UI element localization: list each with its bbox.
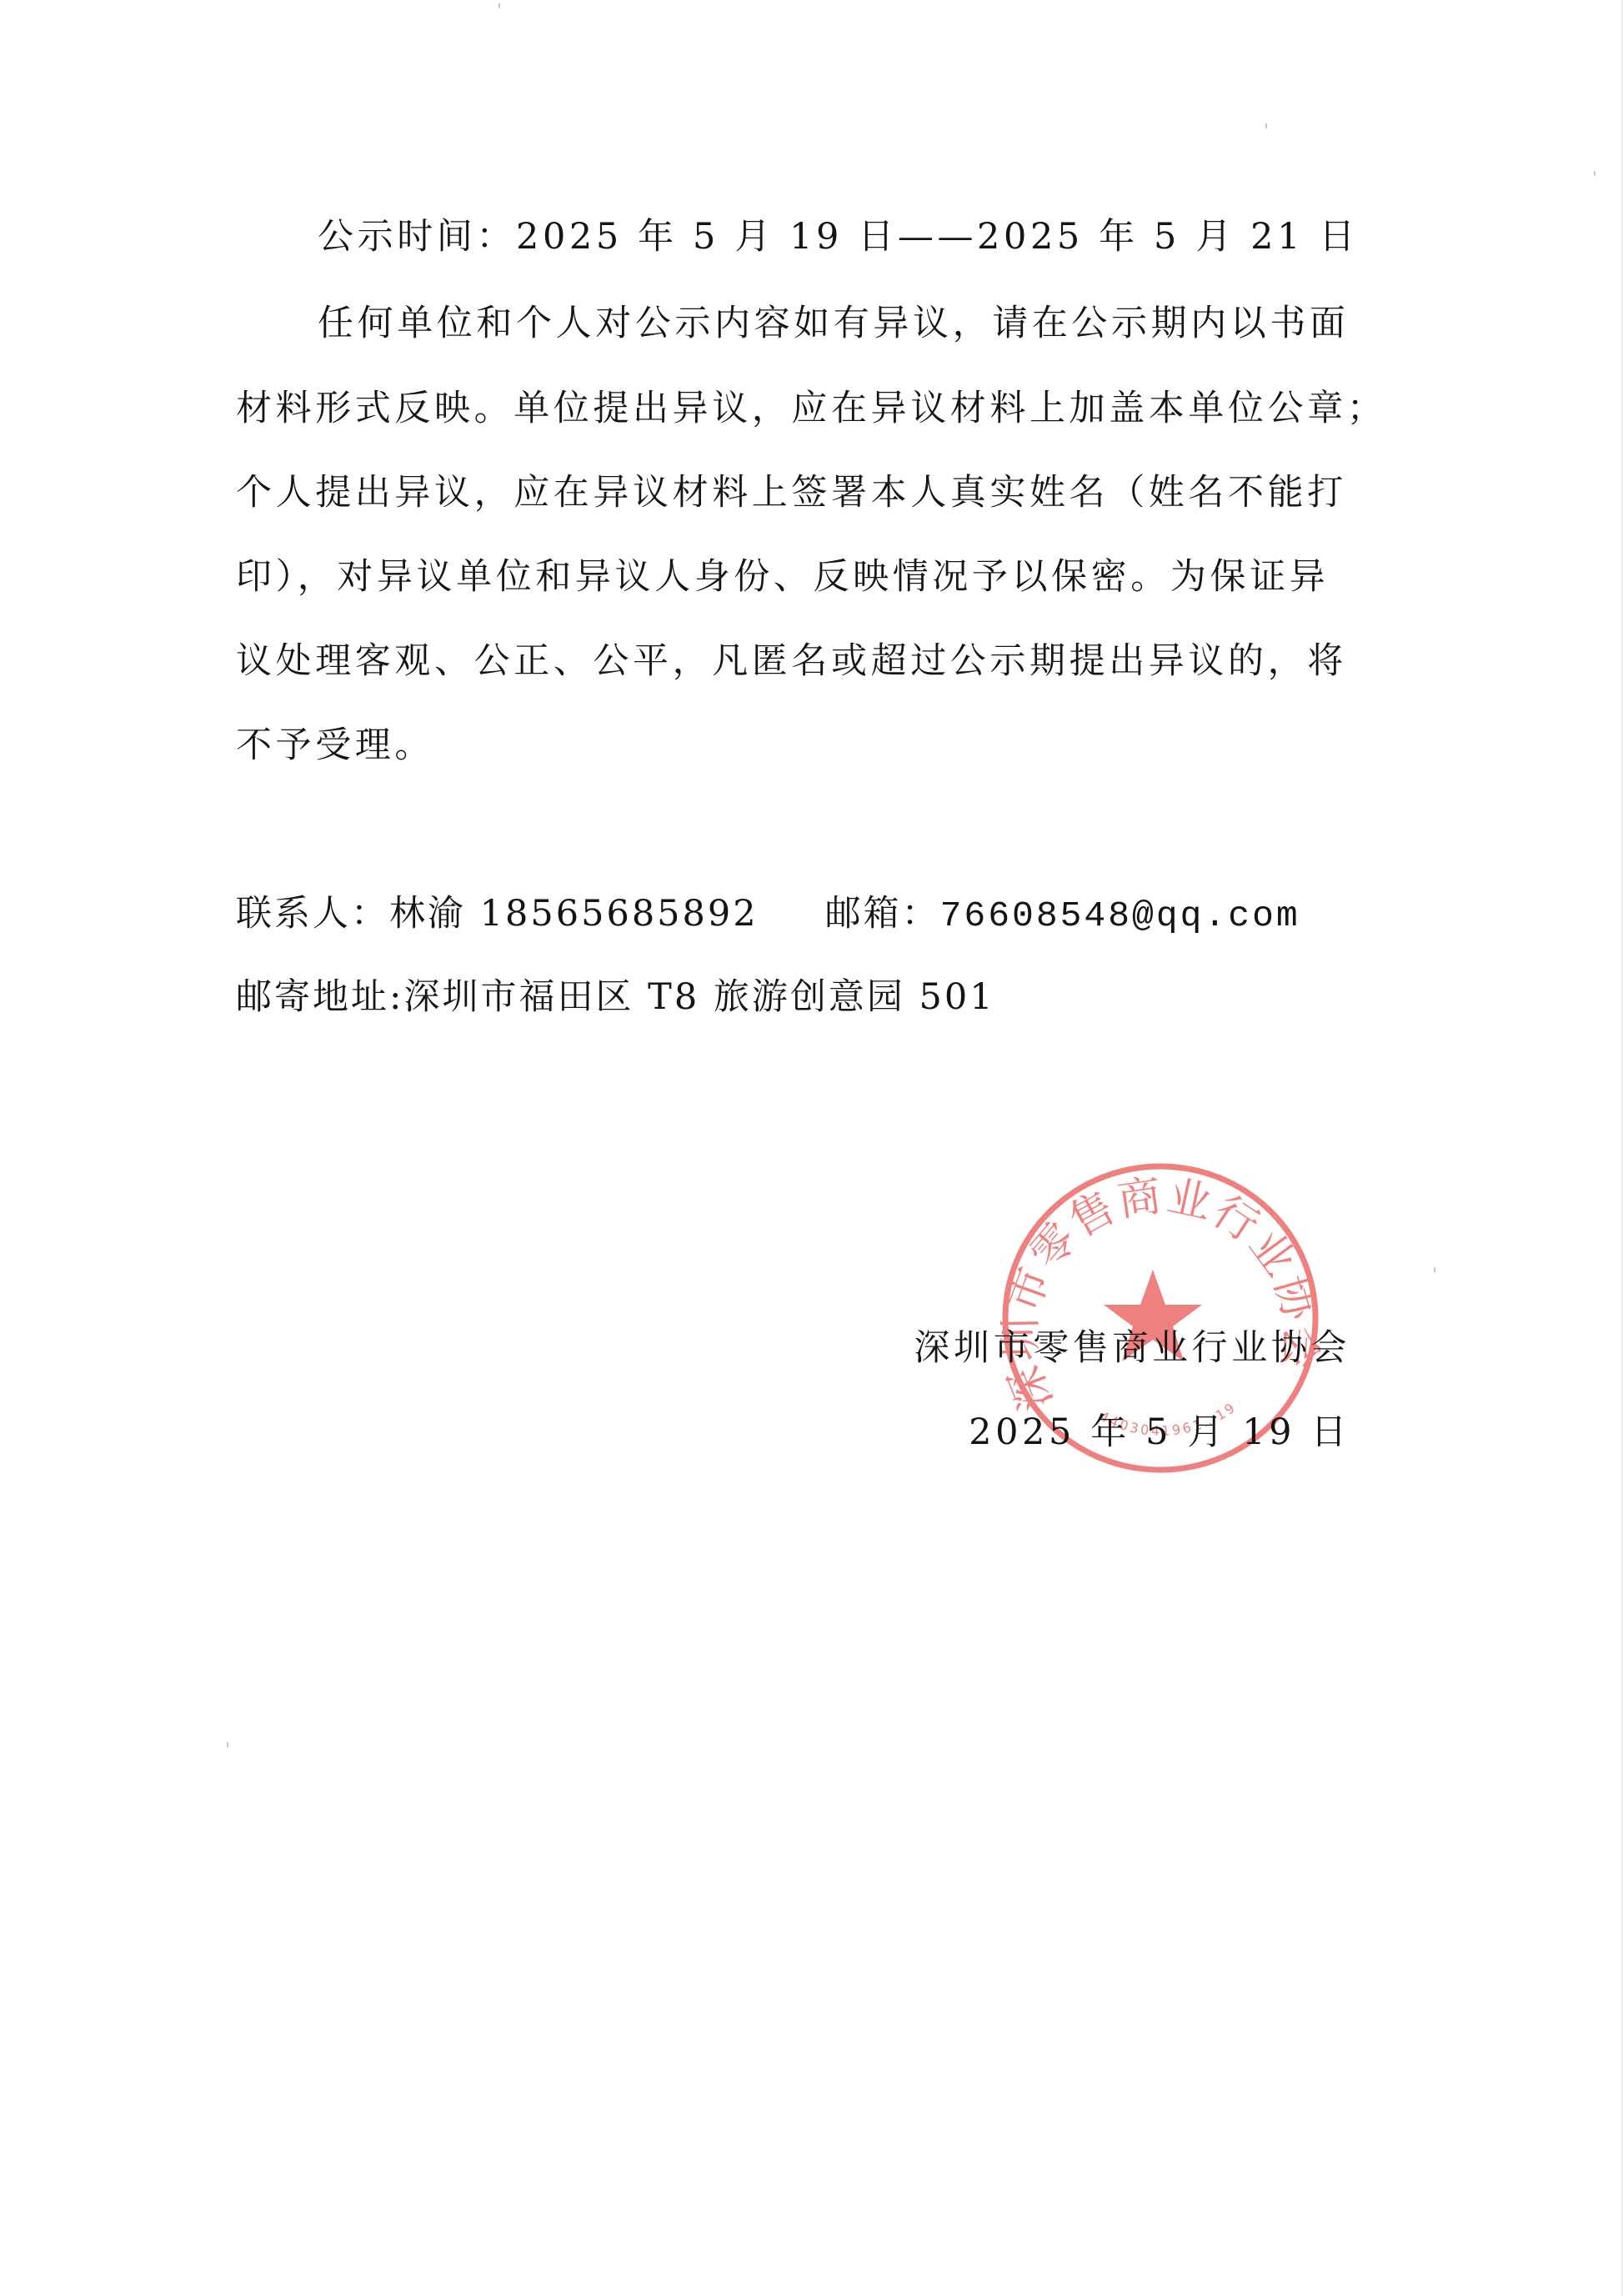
scan-speck [1265,123,1267,128]
paragraph-line-2: 材料形式反映。单位提出异议，应在异议材料上加盖本单位公章； [236,384,1357,434]
scan-speck [1594,171,1595,176]
address-label: 邮寄地址: [236,972,404,1022]
contact-email: 76608548@qq.com [940,891,1300,941]
contact-name: 林渝 [389,889,466,939]
scan-speck [498,3,500,8]
address-value: 深圳市福田区 T8 旅游创意园 501 [404,972,995,1022]
signature-date: 2025 年 5 月 19 日 [969,1407,1350,1457]
scan-speck [227,1742,228,1747]
contact-phone: 18565685892 [480,889,759,939]
signature-organization: 深圳市零售商业行业协会 [914,1323,1350,1373]
paragraph-line-5: 议处理客观、公正、公平，凡匿名或超过公示期提出异议的，将 [236,636,1357,686]
paragraph-line-3: 个人提出异议，应在异议材料上签署本人真实姓名（姓名不能打 [236,468,1357,518]
email-label: 邮箱： [825,889,940,939]
paragraph-line-1: 任何单位和个人对公示内容如有异议，请在公示期内以书面 [318,298,1439,348]
contact-line: 联系人：林渝 18565685892邮箱：76608548@qq.com [236,889,1300,941]
paragraph-line-6: 不予受理。 [236,720,1357,770]
publicity-period: 公示时间：2025 年 5 月 19 日——2025 年 5 月 21 日 [318,212,1439,262]
address-line: 邮寄地址:深圳市福田区 T8 旅游创意园 501 [236,972,995,1022]
contact-label: 联系人： [236,889,389,939]
paragraph-line-4: 印），对异议单位和异议人身份、反映情况予以保密。为保证异 [236,552,1357,602]
document-page: 公示时间：2025 年 5 月 19 日——2025 年 5 月 21 日 任何… [0,0,1623,2296]
scan-speck [1434,1267,1435,1272]
